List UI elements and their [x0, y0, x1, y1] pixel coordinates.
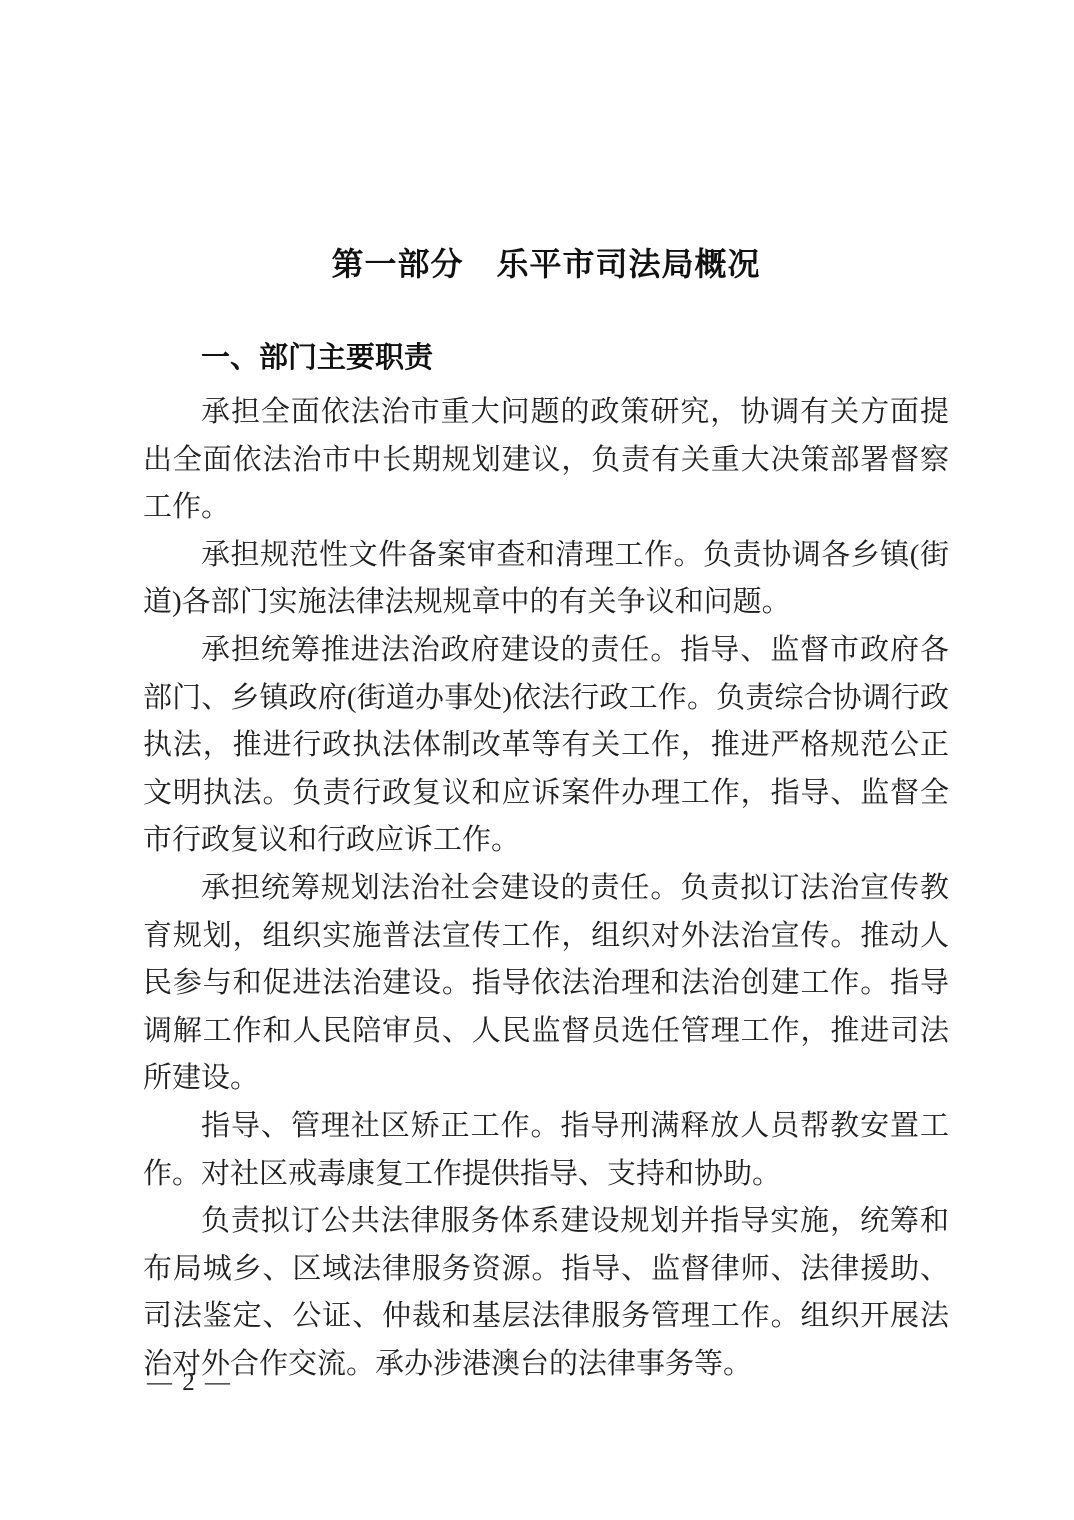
- paragraph-policy-research: 承担全面依法治市重大问题的政策研究，协调有关方面提出全面依法治市中长期规划建议，…: [143, 389, 949, 532]
- document-title: 第一部分 乐平市司法局概况: [143, 246, 949, 282]
- paragraph-document-review: 承担规范性文件备案审查和清理工作。负责协调各乡镇(街道)各部门实施法律法规规章中…: [143, 532, 949, 627]
- document-content: 第一部分 乐平市司法局概况 一、部门主要职责 承担全面依法治市重大问题的政策研究…: [143, 246, 949, 1388]
- document-page: 第一部分 乐平市司法局概况 一、部门主要职责 承担全面依法治市重大问题的政策研究…: [0, 0, 1074, 1520]
- paragraph-rule-of-law-government: 承担统筹推进法治政府建设的责任。指导、监督市政府各部门、乡镇政府(街道办事处)依…: [143, 627, 949, 865]
- page-number: — 2 —: [147, 1368, 232, 1398]
- paragraph-public-legal-services: 负责拟订公共法律服务体系建设规划并指导实施，统筹和布局城乡、区域法律服务资源。指…: [143, 1198, 949, 1388]
- paragraph-rule-of-law-society: 承担统筹规划法治社会建设的责任。负责拟订法治宣传教育规划，组织实施普法宣传工作，…: [143, 865, 949, 1103]
- section-heading: 一、部门主要职责: [143, 342, 949, 375]
- paragraph-community-correction: 指导、管理社区矫正工作。指导刑满释放人员帮教安置工作。对社区戒毒康复工作提供指导…: [143, 1103, 949, 1198]
